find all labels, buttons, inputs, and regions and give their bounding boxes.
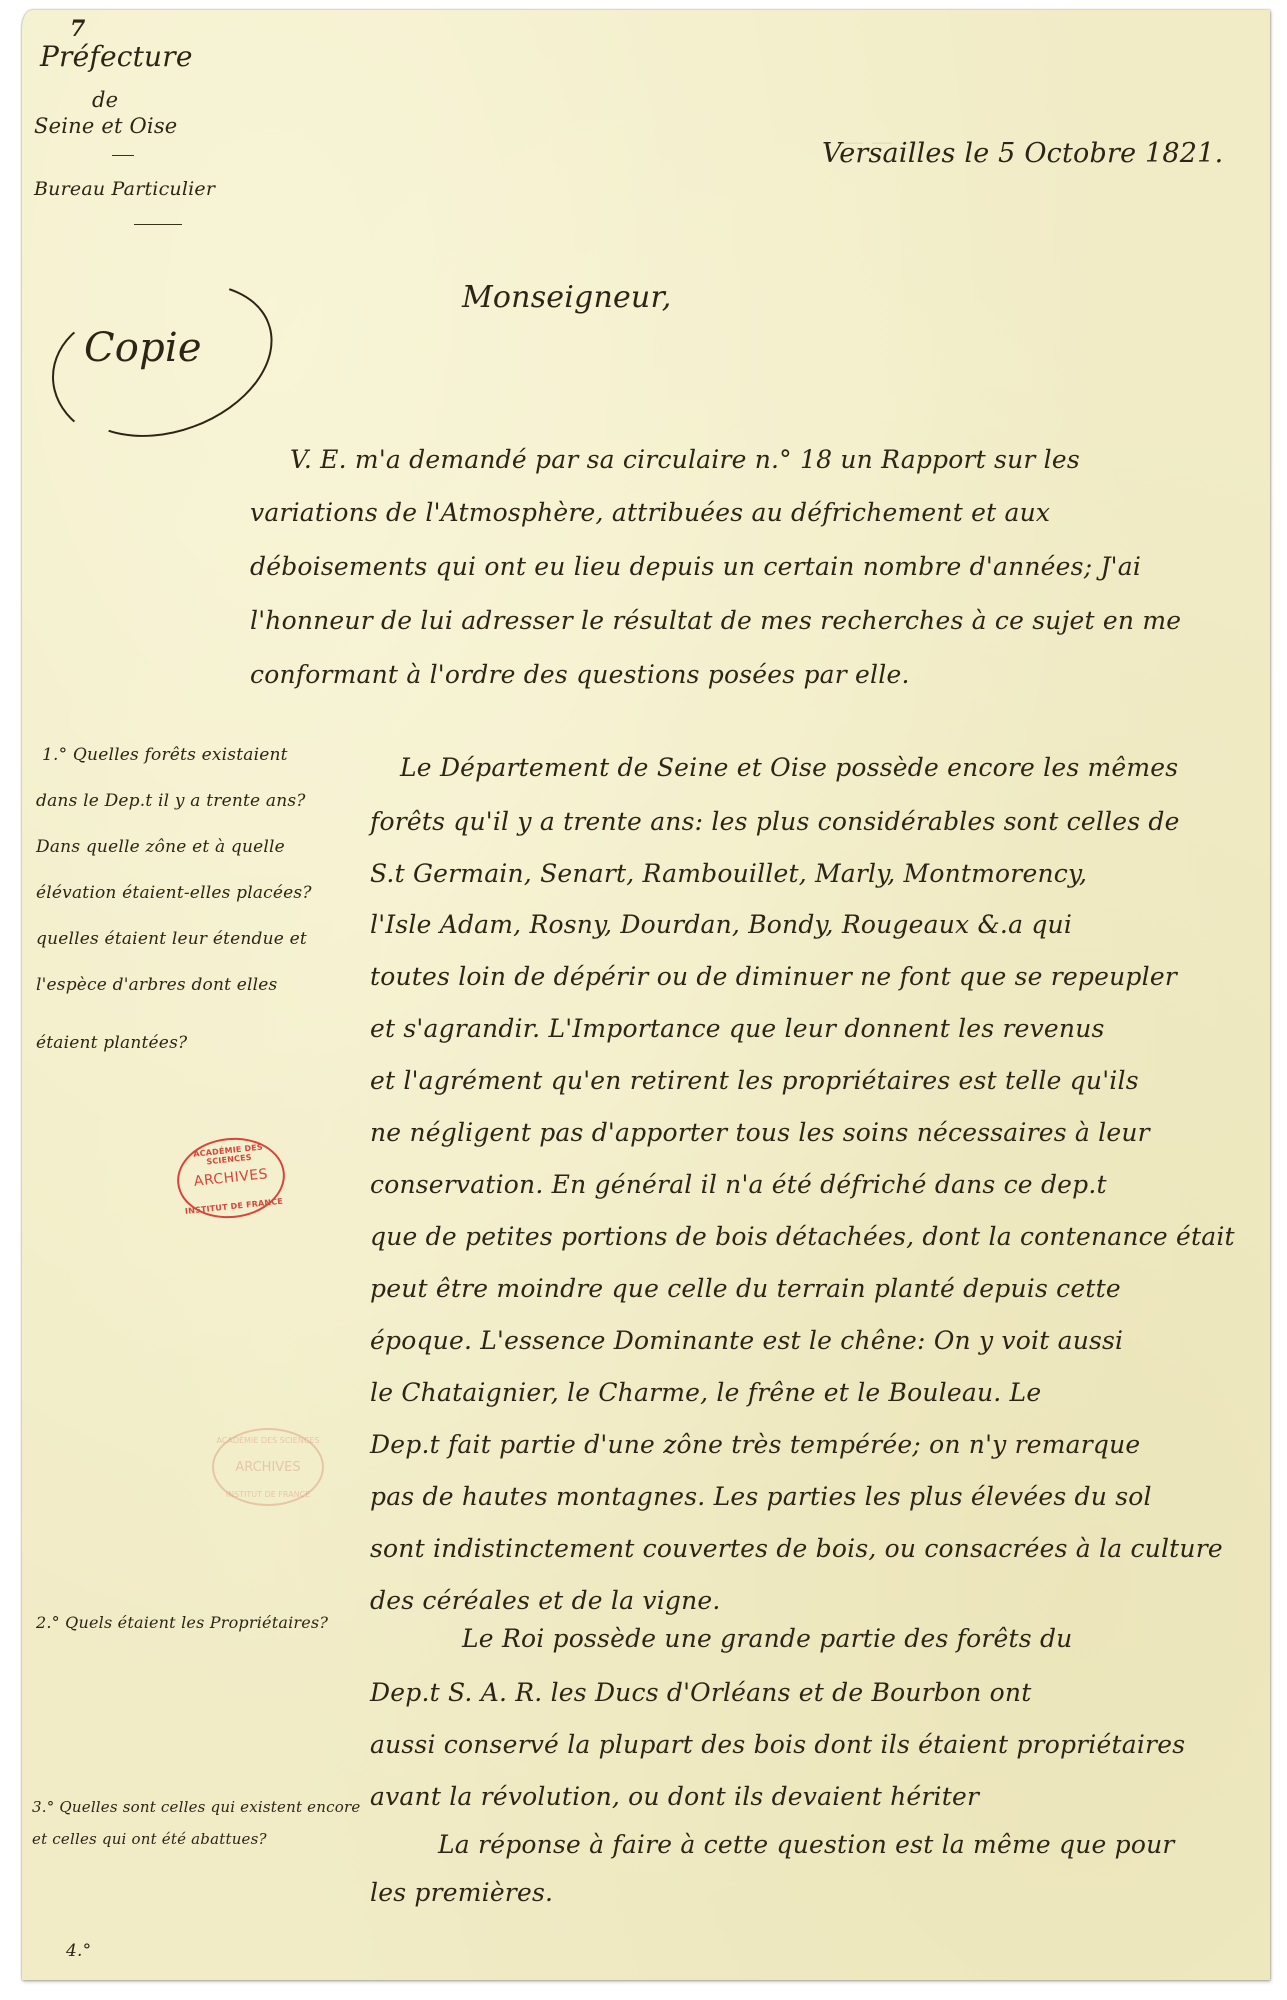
salutation: Monseigneur, bbox=[462, 280, 671, 315]
margin-question-4: 4.° bbox=[66, 1928, 91, 1974]
answer-line: conservation. En général il n'a été défr… bbox=[370, 1170, 1107, 1199]
answer-line: époque. L'essence Dominante est le chêne… bbox=[370, 1326, 1123, 1355]
faded-stamp-center-text: ARCHIVES bbox=[235, 1460, 300, 1475]
margin-question-line: et celles qui ont été abattues? bbox=[32, 1824, 267, 1854]
answer-line: sont indistinctement couvertes de bois, … bbox=[370, 1534, 1223, 1563]
answer-line: Dep.t fait partie d'une zône très tempér… bbox=[370, 1430, 1140, 1459]
manuscript-page: — — — 7 Préfecture de Seine et Oise Bure… bbox=[22, 10, 1270, 1980]
answer-line: Le Roi possède une grande partie des for… bbox=[462, 1624, 1072, 1653]
answer-line: Dep.t S. A. R. les Ducs d'Orléans et de … bbox=[370, 1678, 1031, 1707]
answer-line: que de petites portions de bois détachée… bbox=[370, 1222, 1235, 1251]
intro-line: déboisements qui ont eu lieu depuis un c… bbox=[250, 552, 1141, 581]
margin-question-line: 1.° Quelles forêts existaient bbox=[42, 732, 288, 778]
answer-line: S.t Germain, Senart, Rambouillet, Marly,… bbox=[370, 859, 1087, 888]
margin-question-line: dans le Dep.t il y a trente ans? bbox=[36, 778, 306, 824]
header-bureau: Bureau Particulier bbox=[34, 178, 215, 200]
margin-question-line: élévation étaient-elles placées? bbox=[36, 870, 312, 916]
stamp-center-text: ARCHIVES bbox=[193, 1166, 269, 1190]
answer-line: ne négligent pas d'apporter tous les soi… bbox=[370, 1118, 1150, 1147]
answer-line: Le Département de Seine et Oise possède … bbox=[400, 753, 1178, 782]
faded-archives-stamp: ACADÉMIE DES SCIENCES ARCHIVES INSTITUT … bbox=[212, 1428, 324, 1506]
copie-label: Copie bbox=[84, 325, 202, 371]
answer-line: pas de hautes montagnes. Les parties les… bbox=[370, 1482, 1152, 1511]
margin-question-line: 3.° Quelles sont celles qui existent enc… bbox=[32, 1792, 360, 1822]
answer-line: des céréales et de la vigne. bbox=[370, 1586, 721, 1615]
faded-stamp-ring-bottom-text: INSTITUT DE FRANCE bbox=[214, 1490, 322, 1499]
margin-question-line: étaient plantées? bbox=[36, 1020, 187, 1066]
header-divider bbox=[112, 155, 134, 156]
archives-stamp: ACADÉMIE DES SCIENCES ARCHIVES INSTITUT … bbox=[173, 1133, 289, 1224]
dateline: Versailles le 5 Octobre 1821. bbox=[822, 138, 1223, 169]
intro-line: conformant à l'ordre des questions posée… bbox=[250, 660, 910, 689]
answer-line: toutes loin de dépérir ou de diminuer ne… bbox=[370, 962, 1177, 991]
stamp-ring-bottom-text: INSTITUT DE FRANCE bbox=[182, 1196, 286, 1216]
answer-line: avant la révolution, ou dont ils devaien… bbox=[370, 1782, 979, 1811]
answer-line: forêts qu'il y a trente ans: les plus co… bbox=[370, 807, 1180, 836]
stamp-ring-top-text: ACADÉMIE DES SCIENCES bbox=[176, 1141, 281, 1170]
answer-line: aussi conservé la plupart des bois dont … bbox=[370, 1730, 1185, 1759]
header-prefecture: Préfecture bbox=[40, 40, 193, 73]
folio-number: 7 bbox=[70, 16, 86, 42]
margin-question-line: l'espèce d'arbres dont elles bbox=[36, 962, 277, 1008]
intro-line: variations de l'Atmosphère, attribuées a… bbox=[250, 498, 1050, 527]
header-department: Seine et Oise bbox=[34, 114, 177, 138]
faded-stamp-ring-top-text: ACADÉMIE DES SCIENCES bbox=[214, 1436, 322, 1445]
answer-line: l'Isle Adam, Rosny, Dourdan, Bondy, Roug… bbox=[370, 910, 1072, 939]
answer-line: peut être moindre que celle du terrain p… bbox=[370, 1274, 1121, 1303]
margin-question-line: Dans quelle zône et à quelle bbox=[36, 824, 285, 870]
answer-line: les premières. bbox=[370, 1878, 553, 1907]
margin-question-2: 2.° Quels étaient les Propriétaires? bbox=[36, 1600, 328, 1646]
answer-line: La réponse à faire à cette question est … bbox=[438, 1830, 1175, 1859]
intro-line: l'honneur de lui adresser le résultat de… bbox=[250, 606, 1181, 635]
intro-line: V. E. m'a demandé par sa circulaire n.° … bbox=[290, 445, 1080, 474]
answer-line: le Chataignier, le Charme, le frêne et l… bbox=[370, 1378, 1041, 1407]
answer-line: et s'agrandir. L'Importance que leur don… bbox=[370, 1014, 1105, 1043]
header-divider-2 bbox=[134, 224, 182, 225]
answer-line: et l'agrément qu'en retirent les proprié… bbox=[370, 1066, 1139, 1095]
header-de: de bbox=[92, 88, 118, 112]
margin-question-line: quelles étaient leur étendue et bbox=[36, 916, 307, 962]
